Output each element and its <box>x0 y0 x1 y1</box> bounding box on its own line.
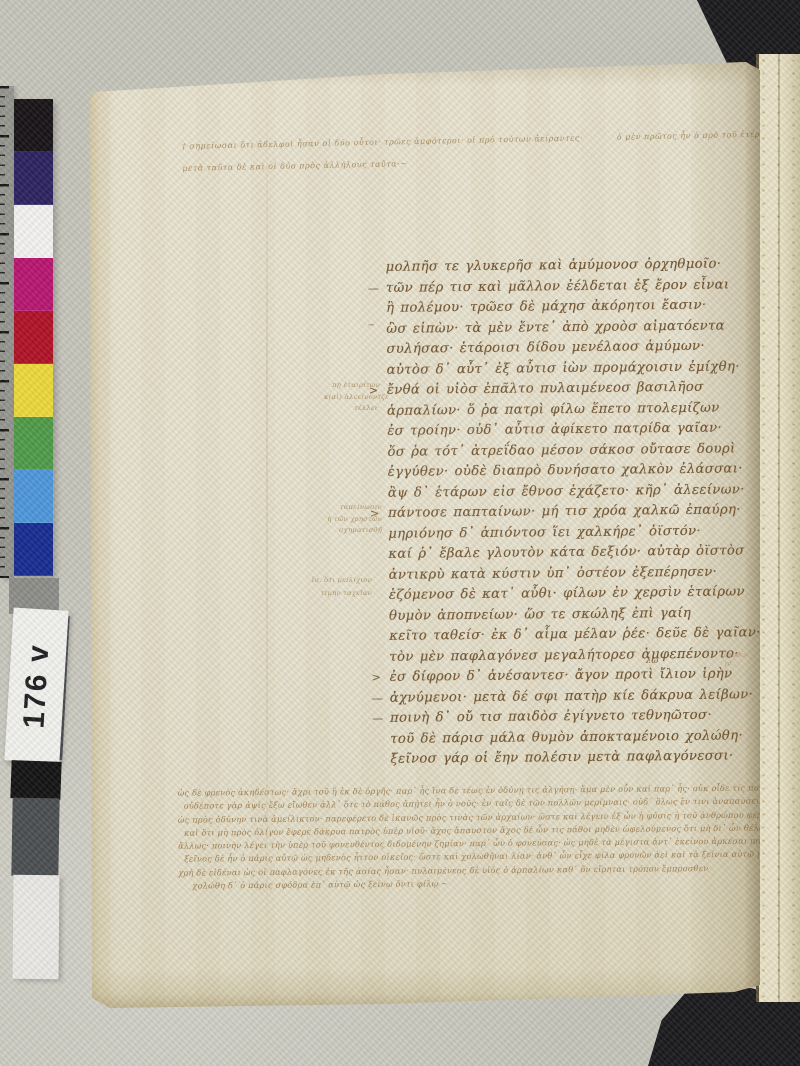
line-text: αὐτὸσ δ᾽ αὖτ᾽ ἐξ αὖτισ ἰὼν προμάχοισιν ἐ… <box>387 359 740 377</box>
margin-note-line: σχηματισθῇ <box>314 525 382 537</box>
manuscript-page: † σημείωσαι ὅτι ἀδελφοὶ ἦσαν οἱ δύο οὗτο… <box>86 60 762 1010</box>
folio-number-label: 176 v <box>4 607 68 763</box>
line-text: ἢ πολέμου· τρῶεσ δὲ μάχησ ἀκόρητοι ἔασιν… <box>386 298 706 316</box>
margin-note-line: τέλλει· <box>324 403 380 415</box>
main-text-block: μολπῆσ τε γλυκερῆσ καὶ ἀμύμονοσ ὀρχηθμοῖ… <box>386 254 762 770</box>
margin-note-line: κ(αὶ) ἀλεείνοντζε <box>324 392 380 404</box>
scale-gray-band <box>11 798 59 877</box>
header-annotation-segment: ὁ μὲν πρῶτος ἦν ὁ πρὸ τοῦ ἑτέρου· <box>617 123 774 148</box>
color-swatch <box>14 470 53 523</box>
line-marker: — <box>372 688 388 709</box>
scale-white-band <box>13 875 60 979</box>
bottom-scholia-block: ὡς δὲ φρενὸς ἀκηδέστως· ἄχρι τοῦ ἢ ἐκ δὲ… <box>178 781 789 893</box>
line-text: ὣσ εἰπὼν· τὰ μὲν ἔντε᾽ ἀπὸ χροὸσ αἱματόε… <box>386 318 725 336</box>
color-swatch <box>14 99 53 152</box>
line-text: ἁρπαλίων· ὅ ῥα πατρὶ φίλω ἕπετο πτολεμίζ… <box>387 400 720 418</box>
color-swatch <box>14 205 53 258</box>
color-swatch <box>14 258 53 311</box>
line-text: μηριόνησ δ᾽ ἀπιόντοσ ἵει χαλκήρε᾽ ὀϊστόν… <box>388 523 701 541</box>
margin-note-line: ἡ τῶν χρηστῶν <box>314 514 382 526</box>
color-swatch <box>14 417 53 470</box>
margin-note-line: ταπείνωσιν <box>314 502 382 514</box>
line-text: ἐσ δίφρον δ᾽ ἀνέσαντεσ· ἄγον προτὶ ἴλιον… <box>390 666 733 684</box>
scale-black-band <box>10 760 61 800</box>
book-fore-edge <box>756 54 800 1002</box>
line-text: τοῦ δὲ πάρισ μάλα θυμὸν ἀποκταμένοιο χολ… <box>390 728 743 746</box>
folio-number-text: 176 v <box>17 642 56 729</box>
line-marker: ‾ <box>368 319 384 340</box>
manuscript-photo: † σημείωσαι ὅτι ἀδελφοὶ ἦσαν οἱ δύο οὗτο… <box>0 0 800 1066</box>
right-margin-note-line: ἔσωθεν <box>724 652 747 660</box>
line-text: ἐσ τροίην· οὐδ᾽ αὖτισ ἀφίκετο πατρίδα γα… <box>387 421 722 439</box>
line-marker: > <box>371 668 387 689</box>
line-text: μολπῆσ τε γλυκερῆσ καὶ ἀμύμονοσ ὀρχηθμοῖ… <box>386 257 722 275</box>
line-marker: — <box>372 709 388 730</box>
color-swatch <box>14 364 53 417</box>
line-text: ἐγγύθεν· οὐδὲ διαπρὸ δυνήσατο χαλκὸν ἐλά… <box>388 461 743 479</box>
line-text: ἑζόμενοσ δὲ κατ᾽ αὖθι· φίλων ἐν χερσὶν ἑ… <box>389 584 745 602</box>
line-text: ἀντικρὺ κατὰ κύστιν ὑπ᾽ ὀστέον ἐξεπέρησε… <box>389 564 718 582</box>
margin-note-line: ἰσ. ὅτι μειλίχιον <box>300 574 372 587</box>
ruler-strip <box>0 86 14 578</box>
margin-note-line: τιμὴν ταχεῖαν <box>300 587 372 600</box>
color-swatch <box>14 152 53 205</box>
right-margin-note: ἔσωθενγρ. <box>724 652 747 668</box>
line-text: ἔνθά οἱ υἱὸσ ἐπᾶλτο πυλαιμένεοσ βασιλῆοσ <box>387 380 704 398</box>
color-calibration-bar <box>14 99 53 576</box>
line-text: συλήσασ· ἑτάροισι δίδου μενέλαοσ ἀμύμων· <box>386 339 705 357</box>
margin-note-2: ταπείνωσινἡ τῶν χρηστῶνσχηματισθῇ <box>314 502 382 537</box>
right-margin-note-line: γρ. <box>724 660 747 668</box>
margin-note-1: πῃ ἑταιρίτωνκ(αὶ) ἀλεείνοντζετέλλει· <box>324 380 380 415</box>
color-swatch <box>14 523 53 576</box>
line-text: τὸν μὲν παφλαγόνεσ μεγαλήτορεσ ἀμφεπένον… <box>389 646 739 664</box>
line-text: ἂψ δ᾽ ἑτάρων εἰσ ἔθνοσ ἐχάζετο· κῆρ᾽ ἀλε… <box>388 482 745 500</box>
line-text: θυμὸν ἀποπνείων· ὥσ τε σκώληξ ἐπὶ γαίη <box>389 605 691 623</box>
line-text: ὅσ ῥα τότ᾽ ἀτρεΐδαο μέσον σάκοσ οὔτασε δ… <box>387 441 735 459</box>
text-line: ξεῖνοσ γάρ οἱ ἔην πολέσιν μετὰ παφλαγόνε… <box>390 746 762 770</box>
line-text: ξεῖνοσ γάρ οἱ ἔην πολέσιν μετὰ παφλαγόνε… <box>390 748 733 766</box>
margin-note-line: πῃ ἑταιρίτων <box>324 380 380 392</box>
line-text: κεῖτο ταθείσ· ἐκ δ᾽ αἷμα μέλαν ῥέε· δεῦε… <box>389 625 761 644</box>
margin-note-3: ἰσ. ὅτι μειλίχιοντιμὴν ταχεῖαν <box>300 574 372 599</box>
line-text: ἀχνύμενοι· μετὰ δέ σφι πατὴρ κίε δάκρυα … <box>390 687 753 705</box>
line-text: τῶν πέρ τισ καὶ μᾶλλον ἐέλδεται ἐξ ἔρον … <box>386 277 730 295</box>
line-text: ποινὴ δ᾽ οὔ τισ παιδὸσ ἐγίγνετο τεθνηῶτο… <box>390 708 712 726</box>
line-text: καί ῥ᾽ ἔβαλε γλουτὸν κάτα δεξιόν· αὐτὰρ … <box>388 543 744 561</box>
interlinear-gloss: λω <box>646 656 658 666</box>
line-marker: — <box>368 278 384 299</box>
line-text: πάντοσε παπταίνων· μή τισ χρόα χαλκῶ ἐπα… <box>388 502 741 520</box>
color-swatch <box>14 311 53 364</box>
